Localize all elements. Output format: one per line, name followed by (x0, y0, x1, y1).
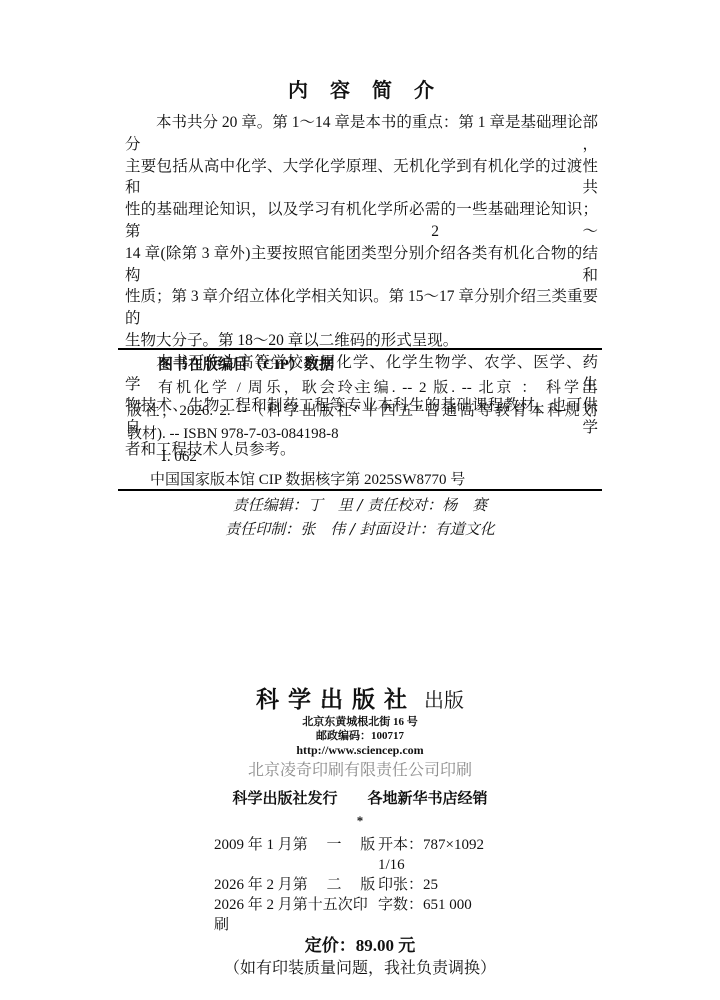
publication-block: 科学出版社出版 北京东黄城根北街 16 号 邮政编码：100717 http:/… (0, 686, 720, 979)
credits-line-print-design: 责任印制：张 伟 / 封面设计：有道文化 (0, 518, 720, 542)
publisher-postcode: 邮政编码：100717 (0, 729, 720, 743)
staff-credits: 责任编辑：丁 里 / 责任校对：杨 赛 责任印制：张 伟 / 封面设计：有道文化 (0, 494, 720, 541)
credits-line-editors: 责任编辑：丁 里 / 责任校对：杨 赛 (0, 494, 720, 518)
edition-spec: 印张：25 (378, 875, 438, 895)
edition-date: 2009 年 1 月第 一 版 (214, 835, 378, 875)
edition-row: 2026 年 2 月第十五次印刷 字数：651 000 (214, 895, 506, 935)
separator-star: * (0, 812, 720, 829)
edition-details: 2009 年 1 月第 一 版 开本：787×1092 1/16 2026 年 … (214, 835, 506, 935)
exchange-note: （如有印装质量问题，我社负责调换） (0, 959, 720, 979)
publisher-line: 科学出版社出版 (0, 686, 720, 715)
edition-date: 2026 年 2 月第十五次印刷 (214, 895, 378, 935)
distribution-line: 科学出版社发行 各地新华书店经销 (0, 789, 720, 809)
edition-spec: 字数：651 000 (378, 895, 472, 935)
cip-line: 版社，2026. 2. --（科学出版社“十四五”普通高等教育本科规划 (118, 400, 602, 423)
publisher-logo: 科学出版社 (256, 687, 416, 712)
printer-line: 北京凌奇印刷有限责任公司印刷 (0, 761, 720, 780)
cip-line: 有机化学 / 周乐，耿会玲主编. -- 2 版. -- 北京 ： 科学出 (118, 377, 602, 400)
intro-title: 内 容 简 介 (125, 74, 598, 103)
copyright-page: 内 容 简 介 本书共分 20 章。第 1～14 章是本书的重点：第 1 章是基… (0, 0, 720, 1000)
intro-paragraph-line: 14 章(除第 3 章外)主要按照官能团类型分别介绍各类有机化合物的结构和 (125, 243, 598, 287)
edition-date: 2026 年 2 月第 二 版 (214, 875, 378, 895)
intro-paragraph-line: 主要包括从高中化学、大学化学原理、无机化学到有机化学的过渡性和共 (125, 156, 598, 200)
cip-isbn-line: 教材). -- ISBN 978-7-03-084198-8 (118, 423, 602, 446)
edition-row: 2026 年 2 月第 二 版 印张：25 (214, 875, 506, 895)
intro-paragraph-line: 本书共分 20 章。第 1～14 章是本书的重点：第 1 章是基础理论部分， (125, 112, 598, 156)
intro-paragraph-line: 性的基础理论知识，以及学习有机化学所必需的一些基础理论知识；第 2～ (125, 199, 598, 243)
edition-row: 2009 年 1 月第 一 版 开本：787×1092 1/16 (214, 835, 506, 875)
publisher-address: 北京东黄城根北街 16 号 (0, 715, 720, 729)
edition-spec: 开本：787×1092 1/16 (378, 835, 506, 875)
cip-data-box: 图书在版编目（CIP）数据 有机化学 / 周乐，耿会玲主编. -- 2 版. -… (118, 348, 602, 491)
publisher-role-label: 出版 (424, 690, 464, 712)
cip-class-number: Ⅰ. 062 (118, 446, 602, 469)
intro-paragraph-line: 性质；第 3 章介绍立体化学相关知识。第 15～17 章分别介绍三类重要的 (125, 286, 598, 330)
price-line: 定价：89.00 元 (0, 935, 720, 956)
cip-record-number: 中国国家版本馆 CIP 数据核字第 2025SW8770 号 (118, 469, 602, 492)
publisher-website: http://www.sciencep.com (0, 743, 720, 758)
cip-heading: 图书在版编目（CIP）数据 (118, 354, 602, 377)
